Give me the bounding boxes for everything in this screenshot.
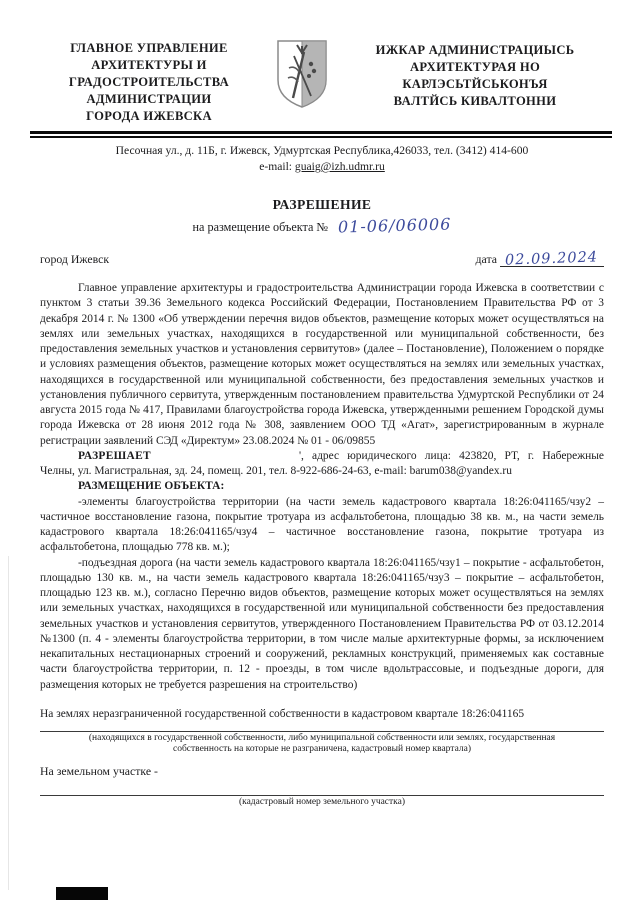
document-subtitle: на размещение объекта №01-06/06006	[40, 216, 604, 235]
subtitle-prefix: на размещение объекта №	[193, 220, 329, 234]
email-label: e-mail:	[259, 160, 295, 173]
email-text: guaig@izh.udmr.ru	[295, 160, 385, 173]
parcel-label: На земельном участке -	[40, 764, 604, 779]
document-title: РАЗРЕШЕНИЕ	[40, 197, 604, 213]
contact-block: Песочная ул., д. 11Б, г. Ижевск, Удмуртс…	[40, 143, 604, 175]
placement-item-access-road: -подъездная дорога (на части земель када…	[40, 556, 604, 693]
date-label: дата	[476, 252, 497, 267]
parcel-fill-line	[40, 795, 604, 796]
org-name-russian: ГЛАВНОЕ УПРАВЛЕНИЕ АРХИТЕКТУРЫ И ГРАДОСТ…	[40, 38, 258, 125]
scan-edge-artifact	[8, 556, 9, 890]
email-line: e-mail: guaig@izh.udmr.ru	[40, 159, 604, 175]
letterhead: ГЛАВНОЕ УПРАВЛЕНИЕ АРХИТЕКТУРЫ И ГРАДОСТ…	[40, 38, 604, 125]
parcel-caption: (кадастровый номер земельного участка)	[70, 797, 575, 808]
placement-item-improvement: -элементы благоустройства территории (на…	[40, 495, 604, 556]
legal-basis-paragraph: Главное управление архитектуры и градост…	[40, 281, 604, 449]
city-date-row: город Ижевск дата02.09.2024	[40, 252, 604, 267]
land-caption: (находящихся в государственной собственн…	[70, 733, 575, 756]
redaction-bar	[56, 887, 108, 900]
placement-heading: РАЗМЕЩЕНИЕ ОБЪЕКТА:	[40, 479, 604, 494]
date-fill-line: 02.09.2024	[500, 252, 604, 267]
double-rule	[30, 131, 612, 138]
city-label: город Ижевск	[40, 252, 109, 267]
date-group: дата02.09.2024	[476, 252, 604, 267]
izhevsk-coat-of-arms-icon	[273, 38, 331, 110]
authorizes-label: РАЗРЕШАЕТ	[78, 450, 151, 462]
land-fill-line	[40, 731, 604, 732]
document-body: Главное управление архитектуры и градост…	[40, 281, 604, 808]
org-name-udmurt: ИЖКАР АДМИНИСТРАЦИЫСЬ АРХИТЕКТУРАЯ НО КА…	[346, 38, 604, 110]
document-page: ГЛАВНОЕ УПРАВЛЕНИЕ АРХИТЕКТУРЫ И ГРАДОСТ…	[0, 0, 637, 900]
authorization-paragraph: РАЗРЕШАЕТ', адрес юридического лица: 423…	[40, 449, 604, 480]
address-line: Песочная ул., д. 11Б, г. Ижевск, Удмуртс…	[40, 143, 604, 158]
permit-number-handwritten: 01-06/06006	[338, 215, 452, 237]
date-handwritten: 02.09.2024	[505, 250, 598, 267]
land-statement: На землях неразграниченной государственн…	[40, 707, 604, 722]
